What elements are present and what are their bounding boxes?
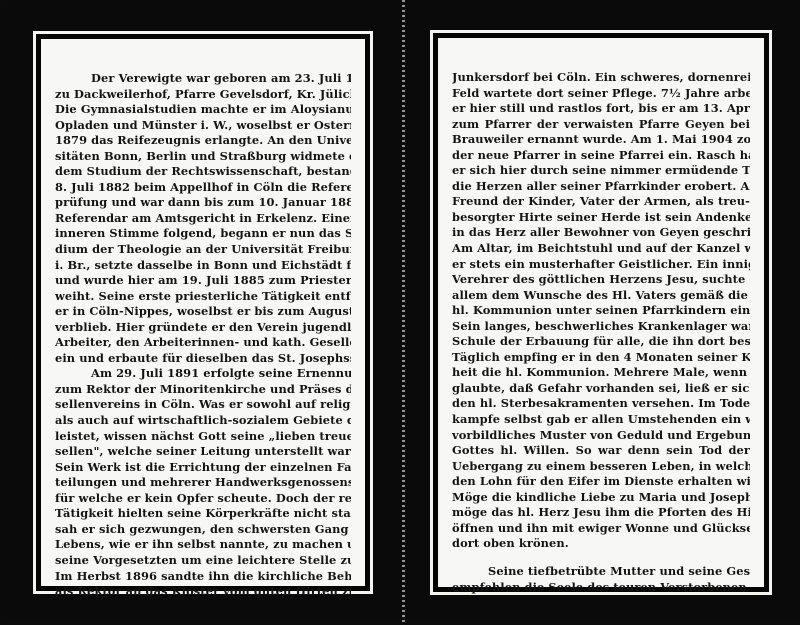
text-line: er sich hier durch seine nimmer ermüdend… [452,163,750,179]
text-line: Freund der Kinder, Vater der Armen, als … [452,194,750,210]
text-line: er in Cöln-Nippes, woselbst er bis zum A… [55,304,351,320]
text-line: dem Studium der Rechtswissenschaft, best… [55,164,351,180]
text-line: er stets ein musterhafter Geistlicher. E… [452,257,750,273]
text-line: Brauweiler ernannt wurde. Am 1. Mai 1904… [452,132,750,148]
text-line: Uebergang zu einem besseren Leben, in we… [452,459,750,475]
text-line: Sein Werk ist die Errichtung der einzeln… [55,460,351,476]
text-line: Die Gymnasialstudien machte er im Aloysi… [55,102,351,118]
text-line: öffnen und ihn mit ewiger Wonne und Glüc… [452,521,750,537]
text-line: sah er sich gezwungen, den schwersten Ga… [55,522,351,538]
text-line: Am Altar, im Beichtstuhl und auf der Kan… [452,241,750,257]
text-line: in das Herz aller Bewohner von Geyen ges… [452,225,750,241]
text-line: dort oben krönen. [452,536,750,552]
text-line: dium der Theologie an der Universität Fr… [55,242,351,258]
text-line: Verehrer des göttlichen Herzens Jesu, su… [452,272,750,288]
text-line: Opladen und Münster i. W., woselbst er O… [55,118,351,134]
text-line: i. Br., setzte dasselbe in Bonn und Eich… [55,258,351,274]
text-line: 1879 das Reifezeugnis erlangte. An den U… [55,133,351,149]
text-line: die Herzen aller seiner Pfarrkinder erob… [452,179,750,195]
left-mourning-frame: Der Verewigte war geboren am 23. Juli 18… [33,31,373,594]
left-page-text: Der Verewigte war geboren am 23. Juli 18… [55,71,351,600]
text-line: Schule der Erbauung für alle, die ihn do… [452,334,750,350]
text-line: vorbildliches Muster von Geduld und Erge… [452,428,750,444]
text-line: verblieb. Hier gründete er den Verein ju… [55,320,351,336]
right-text-panel: Junkersdorf bei Cöln. Ein schweres, dorn… [438,38,764,587]
paragraph-gap [452,552,750,564]
text-line: Referendar am Amtsgericht in Erkelenz. E… [55,211,351,227]
text-line: Feld wartete dort seiner Pflege. 7½ Jahr… [452,86,750,102]
text-line: Täglich empfing er in den 4 Monaten sein… [452,350,750,366]
text-line: Lebens, wie er ihn selbst nannte, zu mac… [55,537,351,553]
text-line: Gottes hl. Willen. So war denn sein Tod … [452,443,750,459]
text-line: ein und erbaute für dieselben das St. Jo… [55,351,351,367]
text-line: seine Vorgesetzten um eine leichtere Ste… [55,553,351,569]
text-line: als Rektor an das Kloster vom guten Hirt… [55,584,351,600]
text-line: er hier still und rastlos fort, bis er a… [452,101,750,117]
text-line: Am 29. Juli 1891 erfolgte seine Ernennun… [55,366,351,382]
text-line: hl. Kommunion unter seinen Pfarrkindern … [452,303,750,319]
text-line: empfehlen die Seele des teuren Verstorbe… [452,580,750,596]
right-mourning-frame: Junkersdorf bei Cöln. Ein schweres, dorn… [430,30,772,595]
text-line: den hl. Sterbesakramenten versehen. Im T… [452,396,750,412]
text-line: zum Pfarrer der verwaisten Pfarre Geyen … [452,117,750,133]
text-line: für welche er kein Opfer scheute. Doch d… [55,491,351,507]
text-line: der neue Pfarrer in seine Pfarrei ein. R… [452,148,750,164]
text-line: Im Herbst 1896 sandte ihn die kirchliche… [55,569,351,585]
text-line: als auch auf wirtschaftlich-sozialem Geb… [55,413,351,429]
text-line: Sein langes, beschwerliches Krankenlager… [452,319,750,335]
text-line: Möge die kindliche Liebe zu Maria und Jo… [452,490,750,506]
text-line: 8. Juli 1882 beim Appellhof in Cöln die … [55,180,351,196]
text-line: sellenvereins in Cöln. Was er sowohl auf… [55,397,351,413]
right-card-page: Junkersdorf bei Cöln. Ein schweres, dorn… [405,0,800,620]
text-line: heit die hl. Kommunion. Mehrere Male, we… [452,365,750,381]
text-line: Tätigkeit hielten seine Körperkräfte nic… [55,506,351,522]
text-line: teilungen und mehrerer Handwerksgenossen… [55,475,351,491]
text-line: möge das hl. Herz Jesu ihm die Pforten d… [452,505,750,521]
text-line: sellen", welche seiner Leitung unterstel… [55,444,351,460]
text-line: leistet, wissen nächst Gott seine „liebe… [55,429,351,445]
left-card-page: Der Verewigte war geboren am 23. Juli 18… [0,0,403,620]
text-line: inneren Stimme folgend, begann er nun da… [55,226,351,242]
text-line: Der Verewigte war geboren am 23. Juli 18… [55,71,351,87]
text-line: prüfung und war dann bis zum 10. Januar … [55,195,351,211]
text-line: Seine tiefbetrübte Mutter und seine Gesc… [452,564,750,580]
text-line: sitäten Bonn, Berlin und Straßburg widme… [55,149,351,165]
text-line: den Lohn für den Eifer im Dienste erhalt… [452,474,750,490]
text-line: Arbeiter, den Arbeiterinnen- und kath. G… [55,335,351,351]
text-line: zu Dackweilerhof, Pfarre Gevelsdorf, Kr.… [55,87,351,103]
text-line: und wurde hier am 19. Juli 1885 zum Prie… [55,273,351,289]
text-line: kampfe selbst gab er allen Umstehenden e… [452,412,750,428]
text-line: besorgter Hirte seiner Herde ist sein An… [452,210,750,226]
text-line: glaubte, daß Gefahr vorhanden sei, ließ … [452,381,750,397]
text-line: zum Rektor der Minoritenkirche und Präse… [55,382,351,398]
text-line: weiht. Seine erste priesterliche Tätigke… [55,289,351,305]
text-line: allem dem Wunsche des Hl. Vaters gemäß d… [452,288,750,304]
right-page-text: Junkersdorf bei Cöln. Ein schweres, dorn… [452,70,750,595]
left-text-panel: Der Verewigte war geboren am 23. Juli 18… [41,39,365,586]
text-line: Junkersdorf bei Cöln. Ein schweres, dorn… [452,70,750,86]
